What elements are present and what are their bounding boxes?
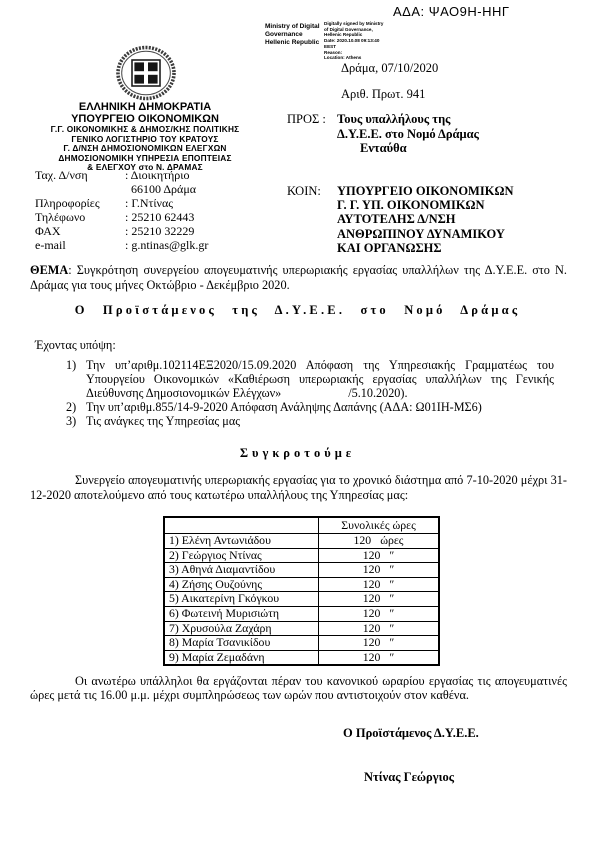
signature-title: Ο Προϊστάμενος Δ.Υ.Ε.Ε. xyxy=(343,726,479,741)
hours-value: 120 xyxy=(363,577,381,591)
body-paragraph-1: Συνεργείο απογευματινής υπερωριακής εργα… xyxy=(30,473,567,502)
stamp-org-line: Hellenic Republic xyxy=(265,39,323,47)
list-item: 1) Την υπ’αριθμ.102114ΕΞ2020/15.09.2020 … xyxy=(66,358,554,400)
employee-name: 3) Αθηνά Διαμαντίδου xyxy=(164,563,319,578)
table-row: 4) Ζήσης Ουζούνης120″ xyxy=(164,577,439,592)
contact-value: : 25210 62443 xyxy=(125,210,194,224)
contact-details: Ταχ. Δ/νση: Διοικητήριο 66100 Δράμα Πληρ… xyxy=(35,168,208,252)
signature-name: Ντίνας Γεώργιος xyxy=(364,770,454,785)
hours-value: 120 xyxy=(363,562,381,576)
hours-value: 120 xyxy=(363,635,381,649)
hours-unit: ″ xyxy=(389,577,394,591)
document-page: ΑΔΑ: ΨΑΟ9Η-ΗΗΓ Ministry of Digital Gover… xyxy=(0,0,595,842)
table-row: 8) Μαρία Τσανικίδου120″ xyxy=(164,636,439,651)
contact-value: : Γ.Ντίνας xyxy=(125,196,173,210)
contact-row: Τηλέφωνο: 25210 62443 xyxy=(35,210,208,224)
subject-text: : Συγκρότηση συνεργείου απογευματινής υπ… xyxy=(30,263,567,292)
hours-unit: ″ xyxy=(389,548,394,562)
contact-value: 66100 Δράμα xyxy=(125,182,196,196)
hours-unit: ώρες xyxy=(380,533,403,547)
header-name-cell xyxy=(164,517,319,534)
contact-row: Ταχ. Δ/νση: Διοικητήριο xyxy=(35,168,208,182)
stamp-org-line: Governance xyxy=(265,31,323,39)
greek-coat-of-arms-icon xyxy=(116,45,176,106)
hours-unit: ″ xyxy=(389,606,394,620)
pros-line: Ενταύθα xyxy=(337,141,479,156)
pros-line: Τους υπαλλήλους της xyxy=(337,112,479,127)
koin-line: ΚΑΙ ΟΡΓΑΝΩΣΗΣ xyxy=(337,241,513,255)
employee-hours: 120″ xyxy=(319,636,440,651)
koin-line: ΑΥΤΟΤΕΛΗΣ Δ/ΝΣΗ xyxy=(337,212,513,226)
employee-hours: 120″ xyxy=(319,548,440,563)
employee-hours: 120″ xyxy=(319,606,440,621)
hours-value: 120 xyxy=(363,591,381,605)
body-paragraph-2: Οι ανωτέρω υπάλληλοι θα εργάζονται πέραν… xyxy=(30,674,567,703)
contact-value: : g.ntinas@glk.gr xyxy=(125,238,208,252)
pros-label: ΠΡΟΣ : xyxy=(287,112,326,127)
table-row: 7) Χρυσούλα Ζαχάρη120″ xyxy=(164,621,439,636)
list-item-text: Την υπ’αριθμ.855/14-9-2020 Απόφαση Ανάλη… xyxy=(86,400,554,414)
contact-label: e-mail xyxy=(35,238,125,252)
contact-row: e-mail: g.ntinas@glk.gr xyxy=(35,238,208,252)
constitute-heading: Συγκροτούμε xyxy=(0,446,595,461)
letterhead-line: ΕΛΛΗΝΙΚΗ ΔΗΜΟΚΡΑΤΙΑ xyxy=(15,101,275,113)
pros-recipient: Τους υπαλλήλους της Δ.Υ.Ε.Ε. στο Νομό Δρ… xyxy=(337,112,479,156)
koin-line: ΥΠΟΥΡΓΕΙΟ ΟΙΚΟΝΟΜΙΚΩΝ xyxy=(337,184,513,198)
employee-hours: 120″ xyxy=(319,563,440,578)
digital-signature-org: Ministry of Digital Governance Hellenic … xyxy=(265,23,323,47)
employee-hours: 120″ xyxy=(319,650,440,665)
contact-value: : 25210 32229 xyxy=(125,224,194,238)
digital-signature-details: Digitally signed by Ministry of Digital … xyxy=(324,21,414,61)
hours-value: 120 xyxy=(363,606,381,620)
koin-line: Γ. Γ. ΥΠ. ΟΙΚΟΝΟΜΙΚΩΝ xyxy=(337,198,513,212)
list-item-number: 1) xyxy=(66,358,86,400)
list-item-text: Τις ανάγκες της Υπηρεσίας μας xyxy=(86,414,554,428)
contact-row: ΦΑΧ: 25210 32229 xyxy=(35,224,208,238)
hours-unit: ″ xyxy=(389,635,394,649)
protocol-number: Αριθ. Πρωτ. 941 xyxy=(341,87,425,102)
table-header-row: Συνολικές ώρες xyxy=(164,517,439,534)
hours-unit: ″ xyxy=(389,591,394,605)
letterhead: ΕΛΛΗΝΙΚΗ ΔΗΜΟΚΡΑΤΙΑ ΥΠΟΥΡΓΕΙΟ ΟΙΚΟΝΟΜΙΚΩ… xyxy=(15,101,275,173)
table-row: 1) Ελένη Αντωνιάδου120ώρες xyxy=(164,534,439,549)
subject-paragraph: ΘΕΜΑ: Συγκρότηση συνεργείου απογευματινή… xyxy=(30,263,567,292)
employee-name: 1) Ελένη Αντωνιάδου xyxy=(164,534,319,549)
koin-label: ΚΟΙΝ: xyxy=(287,184,321,199)
header-hours-cell: Συνολικές ώρες xyxy=(319,517,440,534)
overtime-hours-table: Συνολικές ώρες 1) Ελένη Αντωνιάδου120ώρε… xyxy=(163,516,440,666)
having-regard-list: 1) Την υπ’αριθμ.102114ΕΞ2020/15.09.2020 … xyxy=(66,358,554,428)
place-date: Δράμα, 07/10/2020 xyxy=(341,61,438,76)
hours-value: 120 xyxy=(354,533,372,547)
ada-code: ΑΔΑ: ΨΑΟ9Η-ΗΗΓ xyxy=(393,4,510,19)
table-row: 2) Γεώργιος Ντίνας120″ xyxy=(164,548,439,563)
hours-unit: ″ xyxy=(389,650,394,664)
employee-hours: 120″ xyxy=(319,577,440,592)
employee-name: 8) Μαρία Τσανικίδου xyxy=(164,636,319,651)
subject-label: ΘΕΜΑ xyxy=(30,263,68,277)
koin-line: ΑΝΘΡΩΠΙΝΟΥ ΔΥΝΑΜΙΚΟΥ xyxy=(337,227,513,241)
contact-value: : Διοικητήριο xyxy=(125,168,189,182)
employee-hours: 120ώρες xyxy=(319,534,440,549)
hours-unit: ″ xyxy=(389,621,394,635)
list-item: 3) Τις ανάγκες της Υπηρεσίας μας xyxy=(66,414,554,428)
employee-hours: 120″ xyxy=(319,621,440,636)
employee-name: 5) Αικατερίνη Γκόγκου xyxy=(164,592,319,607)
contact-label: Ταχ. Δ/νση xyxy=(35,168,125,182)
table-row: 6) Φωτεινή Μυρισιώτη120″ xyxy=(164,606,439,621)
hours-value: 120 xyxy=(363,548,381,562)
hours-value: 120 xyxy=(363,621,381,635)
stamp-org-line: Ministry of Digital xyxy=(265,23,323,31)
employee-name: 2) Γεώργιος Ντίνας xyxy=(164,548,319,563)
contact-label: ΦΑΧ xyxy=(35,224,125,238)
table-row: 3) Αθηνά Διαμαντίδου120″ xyxy=(164,563,439,578)
list-item: 2) Την υπ’αριθμ.855/14-9-2020 Απόφαση Αν… xyxy=(66,400,554,414)
koin-recipient: ΥΠΟΥΡΓΕΙΟ ΟΙΚΟΝΟΜΙΚΩΝ Γ. Γ. ΥΠ. ΟΙΚΟΝΟΜΙ… xyxy=(337,184,513,255)
employee-name: 9) Μαρία Ζεμαδάνη xyxy=(164,650,319,665)
employee-hours: 120″ xyxy=(319,592,440,607)
contact-label: Τηλέφωνο xyxy=(35,210,125,224)
pros-line: Δ.Υ.Ε.Ε. στο Νομό Δράμας xyxy=(337,127,479,142)
table-row: 5) Αικατερίνη Γκόγκου120″ xyxy=(164,592,439,607)
table-row: 9) Μαρία Ζεμαδάνη120″ xyxy=(164,650,439,665)
employee-name: 6) Φωτεινή Μυρισιώτη xyxy=(164,606,319,621)
list-item-number: 3) xyxy=(66,414,86,428)
contact-label xyxy=(35,182,125,196)
hours-unit: ″ xyxy=(389,562,394,576)
contact-row: 66100 Δράμα xyxy=(35,182,208,196)
list-item-text: Την υπ’αριθμ.102114ΕΞ2020/15.09.2020 Από… xyxy=(86,358,554,400)
officer-heading: Ο Προϊστάμενος της Δ.Υ.Ε.Ε. στο Νομό Δρά… xyxy=(0,303,595,318)
employee-name: 4) Ζήσης Ουζούνης xyxy=(164,577,319,592)
hours-value: 120 xyxy=(363,650,381,664)
list-item-number: 2) xyxy=(66,400,86,414)
contact-label: Πληροφορίες xyxy=(35,196,125,210)
contact-row: Πληροφορίες: Γ.Ντίνας xyxy=(35,196,208,210)
having-regard-intro: Έχοντας υπόψη: xyxy=(35,338,116,353)
employee-name: 7) Χρυσούλα Ζαχάρη xyxy=(164,621,319,636)
